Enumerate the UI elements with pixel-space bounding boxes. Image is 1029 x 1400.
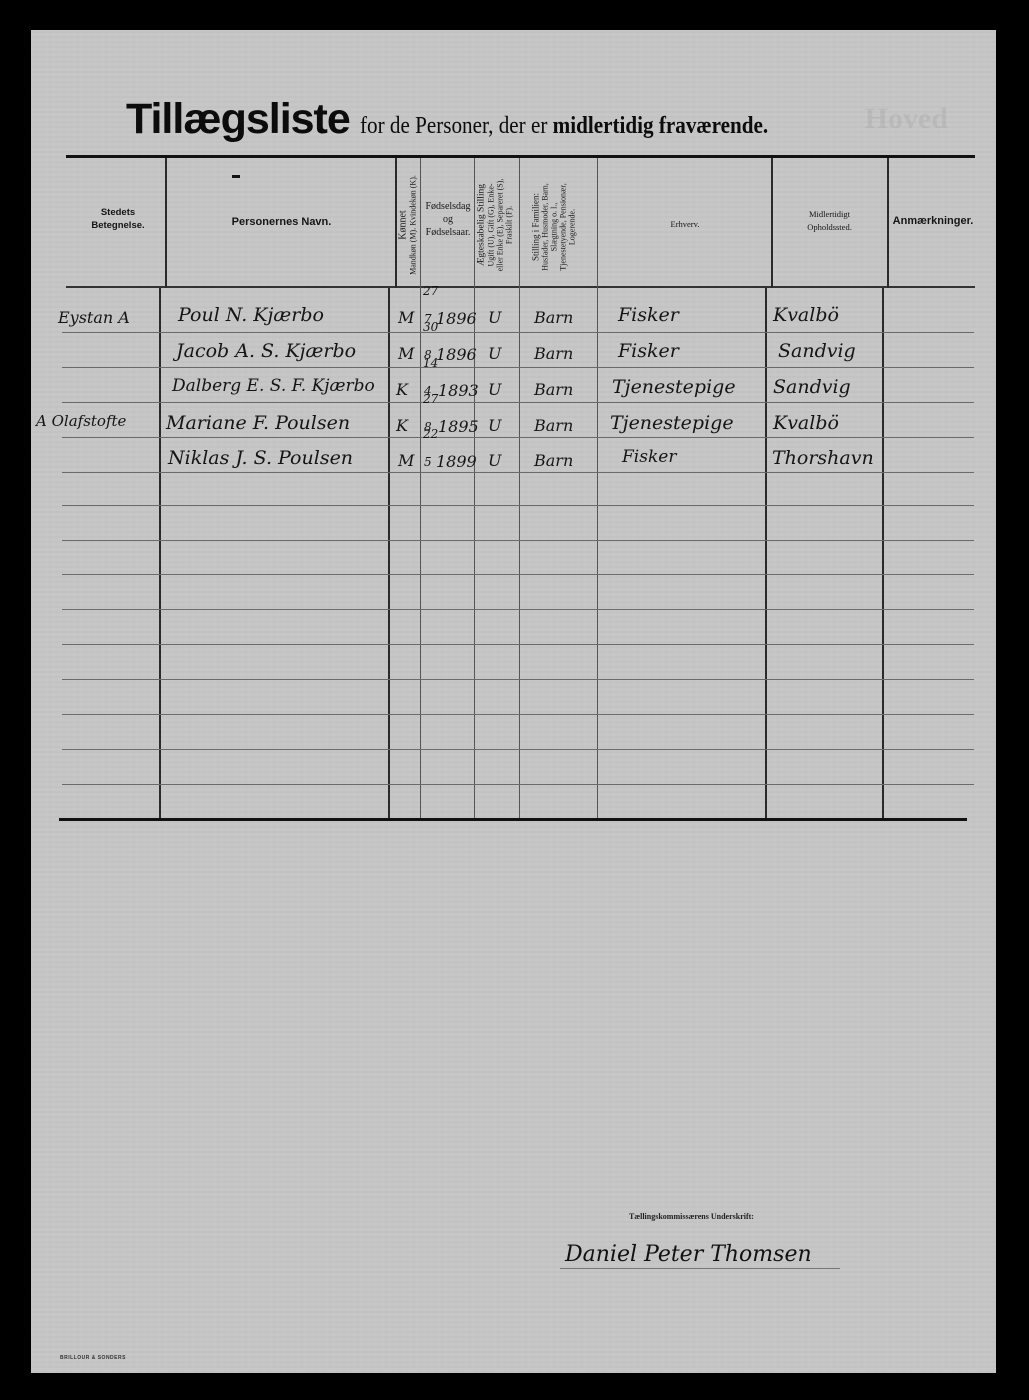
printer-mark: BRILLOUR & SONDERS: [60, 1355, 126, 1361]
dash-mark: [232, 175, 240, 178]
row-line: [62, 609, 974, 610]
row-line: [62, 472, 974, 473]
header-aegteskabelig-stilling: Ægteskabelig Stilling Ugift (U), Gift (G…: [477, 163, 517, 288]
cell-stilling: U: [488, 308, 501, 327]
col-divider: [474, 158, 475, 818]
col-divider: [395, 158, 397, 288]
cell-erhverv: Fisker: [622, 447, 676, 467]
bleed-through-text: Hoved: [865, 102, 948, 136]
enumerator-signature: Daniel Peter Thomsen: [565, 1242, 812, 1267]
cell-day: 27: [423, 284, 438, 298]
cell-year: 1896: [436, 345, 477, 364]
cell-year: 1899: [436, 452, 477, 471]
cell-ophold: Sandvig: [778, 340, 856, 362]
cell-navn: Mariane F. Poulsen: [166, 412, 350, 434]
cell-year: 1896: [436, 309, 477, 328]
cell-year: 1893: [438, 381, 479, 400]
row-line: [62, 505, 974, 506]
col-divider: [519, 158, 520, 818]
row-line: [62, 714, 974, 715]
row-line: [62, 367, 974, 368]
header-rule: [66, 286, 975, 288]
cell-erhverv: Fisker: [618, 340, 679, 362]
header-konnet: Kønnet Mandkøn (M). Kvindekøn (K).: [398, 163, 420, 288]
col-divider: [165, 158, 167, 288]
header-personernes-navn: Personernes Navn.: [168, 216, 395, 229]
row-line: [62, 402, 974, 403]
col-divider: [420, 158, 421, 818]
row-line: [62, 540, 974, 541]
header-stedets-betegnelse: Stedets Betegnelse.: [78, 206, 158, 232]
row-line: [62, 574, 974, 575]
row-line: [62, 332, 974, 333]
cell-kjon: M: [398, 308, 414, 327]
cell-sted: A Olafstofte: [36, 412, 126, 430]
cell-erhverv: Tjenestepige: [612, 376, 736, 398]
header-midlertidigt-opholdssted: Midlertidigt Opholdssted.: [772, 208, 887, 234]
cell-stilling: U: [488, 344, 501, 363]
header-erhverv: Erhverv.: [600, 218, 770, 231]
col-divider: [597, 158, 598, 818]
cell-familie: Barn: [534, 308, 573, 327]
header-fodselsdag: Fødselsdag og Fødselsaar.: [421, 200, 475, 239]
cell-stilling: U: [488, 380, 501, 399]
cell-familie: Barn: [534, 451, 573, 470]
cell-day: 14: [423, 356, 438, 370]
cell-day: 30: [423, 320, 438, 334]
cell-ophold: Thorshavn: [772, 447, 874, 469]
cell-ophold: Kvalbö: [773, 304, 839, 326]
signature-label: Tællingskommissærens Underskrift:: [629, 1212, 754, 1221]
cell-navn: Niklas J. S. Poulsen: [168, 447, 353, 469]
title-subtitle: for de Personer, der er midlertidig frav…: [360, 113, 768, 140]
cell-ophold: Sandvig: [773, 376, 851, 398]
header-stilling-i-familien: Stilling i Familien: Husfader, Husmoder,…: [531, 165, 581, 290]
cell-familie: Barn: [534, 416, 573, 435]
row-line: [62, 749, 974, 750]
cell-sted: Eystan A: [58, 308, 130, 327]
cell-ophold: Kvalbö: [773, 412, 839, 434]
cell-day: 27: [423, 392, 438, 406]
row-line: [62, 437, 974, 438]
cell-day: 22: [423, 427, 438, 441]
top-rule: [66, 155, 975, 158]
bottom-rule: [59, 818, 967, 821]
cell-stilling: U: [488, 416, 501, 435]
cell-erhverv: Tjenestepige: [610, 412, 734, 434]
cell-navn: Jacob A. S. Kjærbo: [176, 340, 356, 362]
row-line: [62, 644, 974, 645]
cell-kjon: M: [398, 451, 414, 470]
signature-line: [560, 1268, 840, 1269]
row-line: [62, 784, 974, 785]
cell-kjon: K: [396, 380, 408, 399]
row-line: [62, 679, 974, 680]
cell-month: 5: [424, 455, 432, 469]
header-anmaerkninger: Anmærkninger.: [888, 215, 978, 228]
form-title: Tillægsliste for de Personer, der er mid…: [126, 95, 824, 144]
cell-kjon: M: [398, 344, 414, 363]
cell-navn: Poul N. Kjærbo: [178, 304, 324, 326]
title-main: Tillægsliste: [126, 95, 350, 143]
cell-familie: Barn: [534, 380, 573, 399]
cell-stilling: U: [488, 451, 501, 470]
cell-erhverv: Fisker: [618, 304, 679, 326]
cell-familie: Barn: [534, 344, 573, 363]
cell-navn: Dalberg E. S. F. Kjærbo: [172, 376, 375, 396]
cell-kjon: K: [396, 416, 408, 435]
cell-year: 1895: [438, 417, 479, 436]
